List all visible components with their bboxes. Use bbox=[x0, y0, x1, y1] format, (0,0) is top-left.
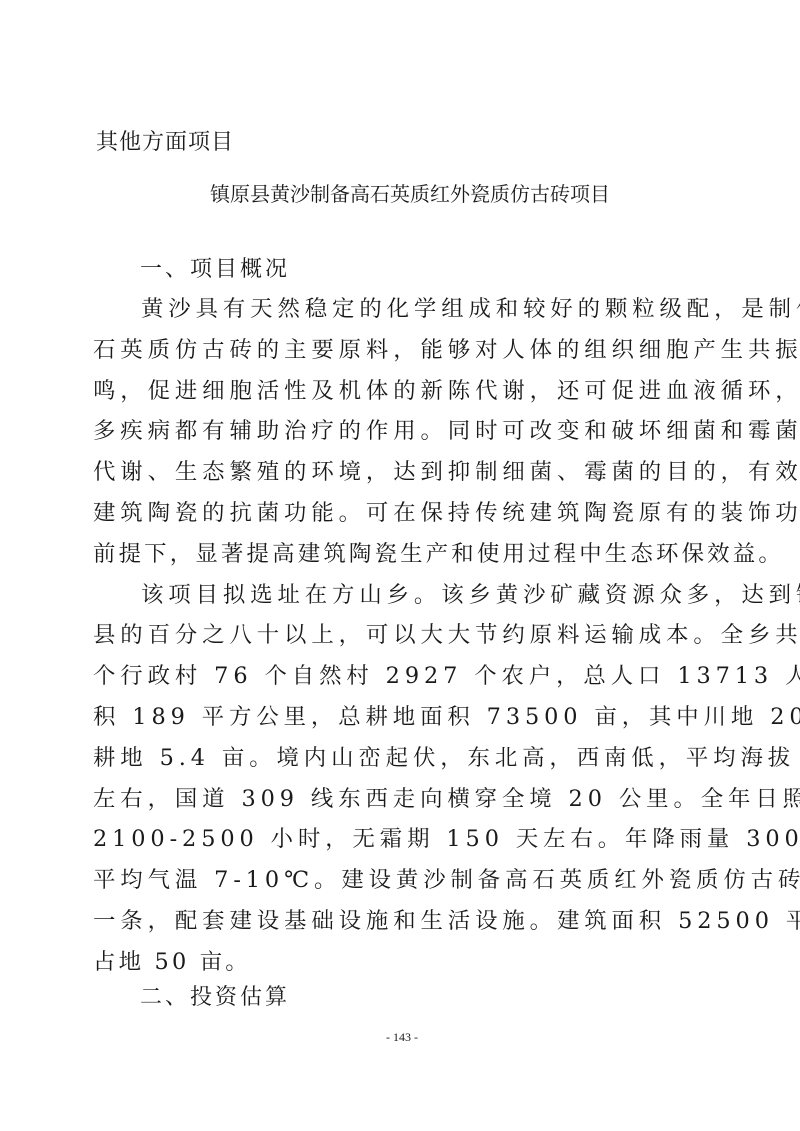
paragraph-line: 该项目拟选址在方山乡。该乡黄沙矿藏资源众多，达到镇原 bbox=[93, 575, 703, 616]
paragraph-line: 平均气温 7-10℃。建设黄沙制备高石英质红外瓷质仿古砖生产线 bbox=[93, 860, 703, 901]
paragraph-line: 黄沙具有天然稳定的化学组成和较好的颗粒级配，是制作高 bbox=[93, 289, 703, 330]
paragraph-line: 一条，配套建设基础设施和生活设施。建筑面积 52500 平方米， bbox=[93, 901, 703, 942]
paragraph-line: 前提下，显著提高建筑陶瓷生产和使用过程中生态环保效益。 bbox=[93, 534, 703, 575]
paragraph-line: 石英质仿古砖的主要原料，能够对人体的组织细胞产生共振、共 bbox=[93, 330, 703, 371]
category-heading: 其他方面项目 bbox=[96, 128, 234, 158]
paragraph-line: 个行政村 76 个自然村 2927 个农户，总人口 13713 人。总土地面 bbox=[93, 656, 703, 697]
paragraph-line: 代谢、生态繁殖的环境，达到抑制细菌、霉菌的目的，有效增强 bbox=[93, 452, 703, 493]
paragraph-line: 左右，国道 309 线东西走向横穿全境 20 公里。全年日照时数 bbox=[93, 779, 703, 820]
paragraph-line: 县的百分之八十以上，可以大大节约原料运输成本。全乡共辖 10 bbox=[93, 615, 703, 656]
paragraph-line: 鸣，促进细胞活性及机体的新陈代谢，还可促进血液循环，对许 bbox=[93, 371, 703, 412]
section-heading-overview: 一、项目概况 bbox=[140, 255, 290, 285]
paragraph-line: 建筑陶瓷的抗菌功能。可在保持传统建筑陶瓷原有的装饰功能的 bbox=[93, 493, 703, 534]
document-page: 其他方面项目 镇原县黄沙制备高石英质红外瓷质仿古砖项目 一、项目概况 黄沙具有天… bbox=[0, 0, 800, 1131]
section-heading-investment: 二、投资估算 bbox=[140, 983, 290, 1013]
paragraph-line: 耕地 5.4 亩。境内山峦起伏，东北高，西南低，平均海拔 1500 米 bbox=[93, 738, 703, 779]
paragraph-line: 占地 50 亩。 bbox=[93, 942, 703, 983]
body-text: 黄沙具有天然稳定的化学组成和较好的颗粒级配，是制作高 石英质仿古砖的主要原料，能… bbox=[93, 289, 703, 983]
paragraph-line: 多疾病都有辅助治疗的作用。同时可改变和破坏细菌和霉菌新陈 bbox=[93, 411, 703, 452]
page-number: - 143 - bbox=[0, 1030, 800, 1045]
paragraph-line: 积 189 平方公里，总耕地面积 73500 亩，其中川地 2000 亩，人均 bbox=[93, 697, 703, 738]
paragraph-line: 2100-2500 小时，无霜期 150 天左右。年降雨量 300-550 毫米… bbox=[93, 819, 703, 860]
document-title: 镇原县黄沙制备高石英质红外瓷质仿古砖项目 bbox=[0, 179, 800, 209]
